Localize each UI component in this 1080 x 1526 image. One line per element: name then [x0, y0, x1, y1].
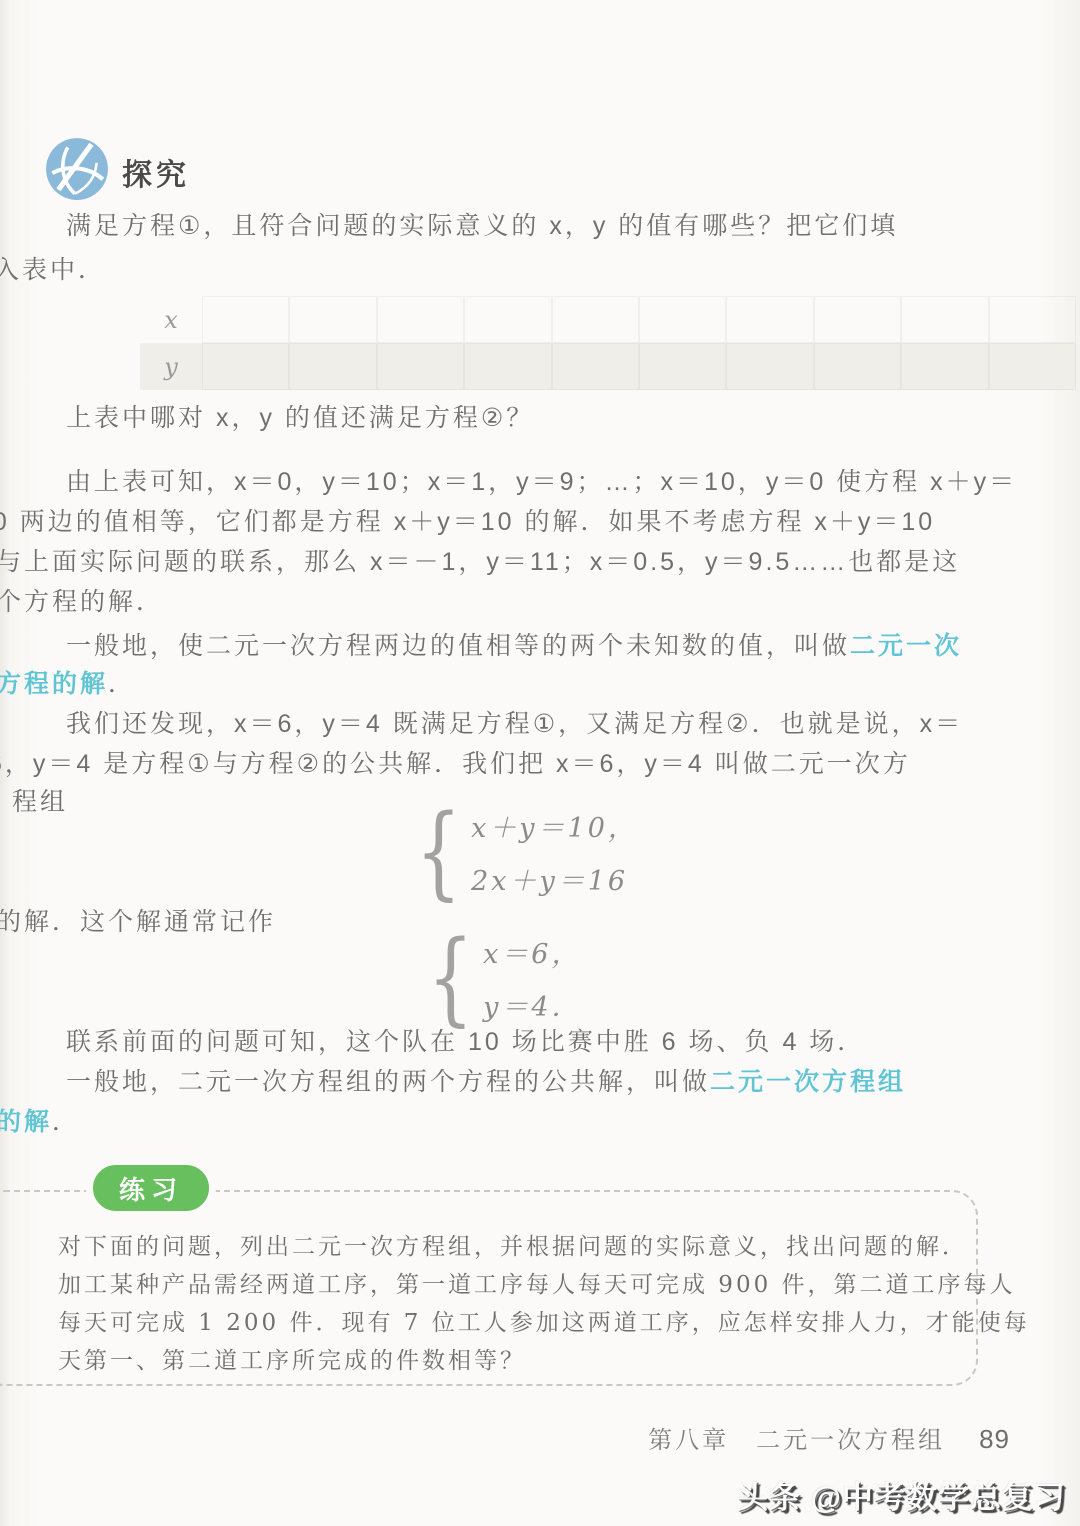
left-brace: { — [428, 933, 474, 1024]
footer-page-number: 89 — [979, 1424, 1010, 1454]
system2-equation-1: x＝6， — [483, 932, 581, 971]
section-title-explore: 探究 — [122, 150, 190, 194]
observe-line-4: 个方程的解． — [0, 582, 164, 618]
system2-equation-2: y＝4． — [483, 985, 581, 1024]
definition2-term-part1: 二元一次方程组 — [710, 1068, 906, 1096]
intro-line-1: 满足方程①，且符合问题的实际意义的 x，y 的值有哪些？把它们填 — [66, 206, 898, 242]
table-row-y-label: y — [140, 343, 202, 390]
definition2-line1-plain: 一般地，二元一次方程组的两个方程的公共解，叫做 — [66, 1068, 710, 1096]
found-line-1: 我们还发现，x＝6，y＝4 既满足方程①，又满足方程②．也就是说，x＝ — [66, 704, 963, 740]
definition1-line-1: 一般地，使二元一次方程两边的值相等的两个未知数的值，叫做二元一次 — [66, 626, 962, 662]
left-brace: { — [416, 807, 462, 898]
observe-line-2: 10 两边的值相等，它们都是方程 x＋y＝10 的解．如果不考虑方程 x＋y＝1… — [0, 502, 935, 538]
observe-line-1: 由上表可知，x＝0，y＝10；x＝1，y＝9；…；x＝10，y＝0 使方程 x＋… — [66, 462, 1017, 498]
practice-line-1: 对下面的问题，列出二元一次方程组，并根据问题的实际意义，找出问题的解． — [58, 1228, 968, 1261]
equation-system-1: { x＋y＝10， 2x＋y＝16 — [408, 806, 638, 898]
definition1-line2-plain: ． — [108, 670, 136, 698]
definition2-line-1: 一般地，二元一次方程组的两个方程的公共解，叫做二元一次方程组 — [66, 1062, 906, 1098]
found-line-2: 6，y＝4 是方程①与方程②的公共解．我们把 x＝6，y＝4 叫做二元一次方 — [0, 744, 911, 780]
found-line-3: 程组 — [12, 782, 68, 818]
system1-equation-2: 2x＋y＝16 — [471, 859, 638, 898]
page-footer: 第八章 二元一次方程组89 — [0, 1420, 1010, 1455]
footer-chapter-title: 第八章 二元一次方程组 — [648, 1427, 945, 1454]
practice-line-3: 每天可完成 1 200 件．现有 7 位工人参加这两道工序，应怎样安排人力，才能… — [58, 1304, 1030, 1337]
definition1-line-2: 方程的解． — [0, 664, 136, 700]
table-row-x: x — [140, 296, 1076, 343]
observe-line-3: 与上面实际问题的联系，那么 x＝－1，y＝11；x＝0.5，y＝9.5……也都是… — [0, 542, 960, 578]
equation-system-2: { x＝6， y＝4． — [420, 932, 582, 1024]
practice-line-4: 天第一、第二道工序所完成的件数相等？ — [58, 1342, 526, 1375]
definition2-term-part2: 的解 — [0, 1108, 52, 1136]
xy-value-table: x y — [140, 296, 1076, 390]
intro-line-2: 入表中． — [0, 250, 106, 286]
table-row-x-label: x — [140, 296, 202, 343]
watermark-text: 头条 @中考数学总复习 — [737, 1472, 1066, 1517]
conclude-line: 联系前面的问题可知，这个队在 10 场比赛中胜 6 场、负 4 场． — [66, 1022, 865, 1058]
practice-line-2: 加工某种产品需经两道工序，第一道工序每人每天可完成 900 件，第二道工序每人 — [58, 1266, 1016, 1299]
definition1-term-part1: 二元一次 — [850, 632, 962, 660]
explore-compass-icon — [44, 136, 110, 202]
definition1-line1-plain: 一般地，使二元一次方程两边的值相等的两个未知数的值，叫做 — [66, 632, 850, 660]
textbook-page: 探究 满足方程①，且符合问题的实际意义的 x，y 的值有哪些？把它们填 入表中．… — [0, 0, 1080, 1526]
practice-badge: 练习 — [86, 1158, 216, 1218]
table-question: 上表中哪对 x，y 的值还满足方程②？ — [66, 398, 534, 434]
definition2-line-2: 的解． — [0, 1102, 80, 1138]
solution-notation-line: 的解．这个解通常记作 — [0, 902, 276, 938]
definition2-line2-plain: ． — [52, 1108, 80, 1136]
definition1-term-part2: 方程的解 — [0, 670, 108, 698]
system1-equation-1: x＋y＝10， — [471, 806, 638, 845]
table-row-y: y — [140, 343, 1076, 390]
